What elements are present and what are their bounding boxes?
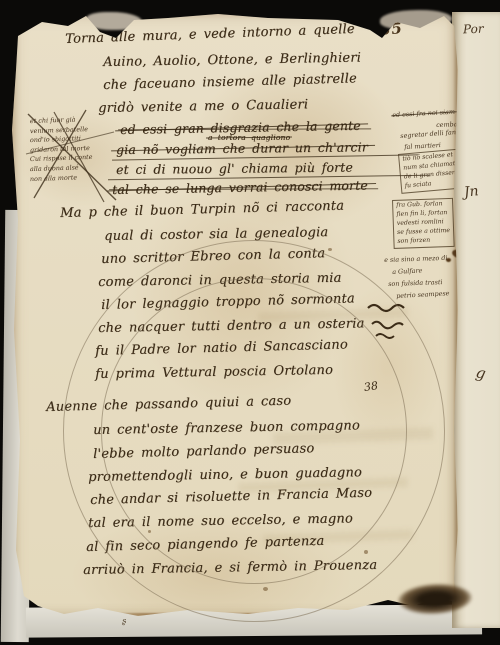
margin-note-line: son forzen: [397, 236, 450, 247]
verse-line: Auino, Auolio, Ottone, e Berlinghieri: [103, 50, 361, 69]
cancelled-verse-line: gia nõ vogliam che durar un ch'arcir: [116, 139, 368, 157]
adjacent-page: Por Jn g: [452, 12, 500, 628]
margin-note-line: petrio seampese: [396, 289, 450, 300]
gutter-crease: [453, 10, 457, 625]
under-page-ink-mark: ʂ: [122, 615, 139, 624]
verse-line: gridò venite a me o Caualieri: [98, 97, 308, 116]
manuscript-page: 35 Torna alle mura, e vede intorno a que…: [8, 10, 460, 625]
verse-line: l'ebbe molto parlando persuaso: [93, 441, 315, 462]
ink-speck: [263, 587, 268, 591]
verse-line: tal era il nome suo eccelso, e magno: [88, 511, 353, 531]
cancelled-verse-line: tal che se lunga vorrai conosci morte: [112, 178, 368, 197]
margin-note-line: fal martieri: [404, 141, 441, 151]
verse-line: che faceuano insieme alle piastrelle: [103, 71, 357, 93]
manuscript-photograph: ʂ Por Jn g 35 Torna alle mura, e vede in…: [0, 0, 500, 645]
adjacent-page-text-fragment: Por: [463, 22, 484, 37]
ink-speck: [364, 550, 368, 554]
cancellation-x-strokes: [24, 110, 124, 206]
revised-verse-line: et ci di nuouo gl' chiama più forte: [116, 160, 353, 177]
margin-note-line: a Gulfare: [392, 266, 423, 276]
boxed-margin-note: fra Gub. forlan fien fin li, fortan vede…: [392, 198, 455, 249]
ink-speck: [148, 530, 151, 533]
verse-line: fu prima Vettural poscia Ortolano: [95, 363, 333, 382]
margin-note-line: son fulsida trasti: [388, 278, 443, 288]
verse-line: al fin seco piangendo fe partenza: [86, 534, 325, 555]
verse-line: che andar si risoluette in Francia Maso: [90, 486, 372, 508]
margin-note-line: ed essi fra noi siam: [392, 108, 455, 119]
verse-line: Auenne che passando quiui a caso: [46, 394, 291, 415]
adjacent-page-text-fragment: g: [474, 363, 487, 383]
margin-note-line: se fusse a ottime: [397, 227, 450, 238]
verse-line: uno scrittor Ebreo con la conta: [101, 246, 325, 267]
stanza-number: 38: [363, 379, 379, 394]
adjacent-page-text-fragment: Jn: [463, 183, 479, 200]
verse-line: come daronci in questa storia mia: [98, 271, 342, 290]
verse-line: che nacquer tutti dentro a un osteria: [98, 316, 365, 336]
margin-note-line: e sia sino a mezo di: [384, 254, 448, 264]
margin-scribble: [366, 300, 410, 342]
ink-speck: [328, 248, 332, 251]
verse-line: qual di costor sia la genealogia: [104, 225, 328, 244]
verse-line: arriuò in Francia, e si fermò in Prouenz…: [83, 558, 377, 578]
verse-line: fu il Padre lor natio di Sancasciano: [95, 337, 348, 359]
